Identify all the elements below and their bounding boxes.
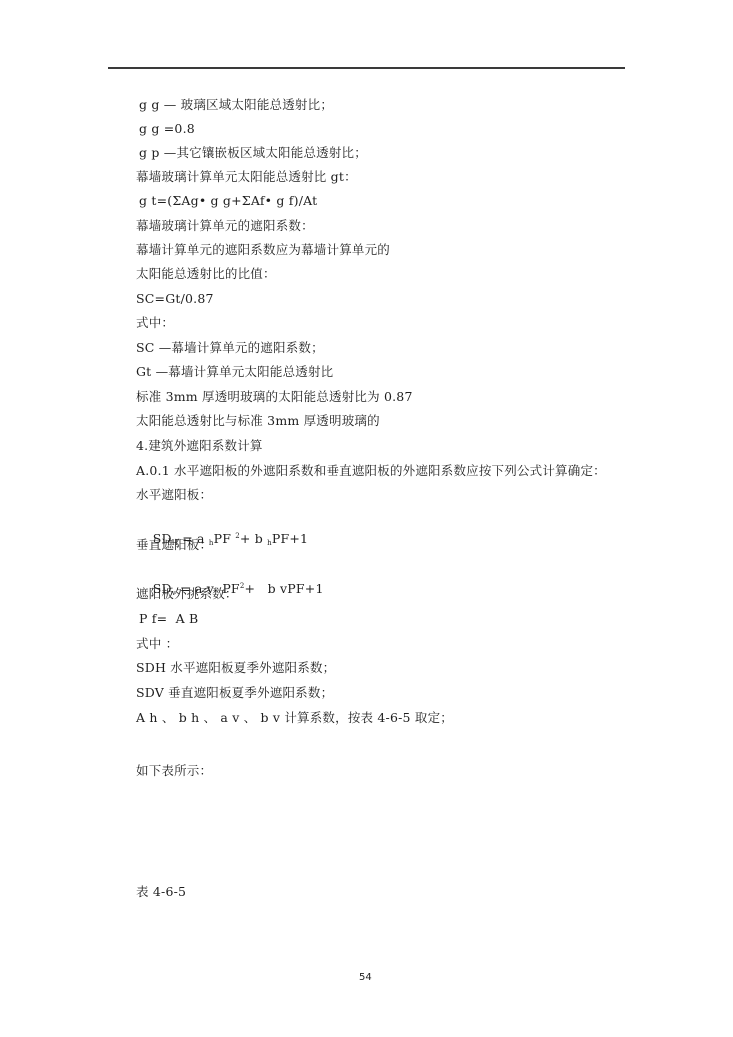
document-page: g g — 玻璃区域太阳能总透射比；g g =0.8g p —其它镶嵌板区域太阳… — [0, 0, 733, 1037]
text-line: g g =0.8 — [139, 121, 195, 137]
header-rule — [108, 67, 625, 69]
formula-text: PF — [214, 531, 236, 546]
text-line: 幕墙计算单元的遮阳系数应为幕墙计算单元的 — [136, 242, 390, 258]
text-line: 如下表所示： — [136, 763, 212, 779]
text-line: 4.建筑外遮阳系数计算 — [136, 438, 263, 454]
text-line: 幕墙玻璃计算单元太阳能总透射比 gt： — [136, 169, 357, 185]
text-line: g p —其它镶嵌板区域太阳能总透射比； — [139, 145, 367, 161]
text-line: SDV 垂直遮阳板夏季外遮阳系数； — [136, 685, 333, 701]
text-line: Gt —幕墙计算单元太阳能总透射比 — [136, 364, 333, 380]
text-line: 水平遮阳板： — [136, 487, 212, 503]
formula-text: + b vPF+1 — [244, 581, 323, 596]
text-line: 式中： — [136, 315, 174, 331]
text-line: g t=(ΣAg• g g+ΣAf• g f)/At — [139, 193, 317, 209]
formula-horizontal-shading: SDH = a hPF 2+ b hPF+1 — [136, 512, 308, 567]
text-line: g g — 玻璃区域太阳能总透射比； — [139, 97, 333, 113]
page-number: 54 — [359, 972, 372, 983]
text-line: 幕墙玻璃计算单元的遮阳系数： — [136, 218, 314, 234]
formula-text: PF+1 — [272, 531, 308, 546]
text-line: SC=Gt/0.87 — [136, 291, 214, 307]
text-line: 表 4-6-5 — [136, 884, 186, 900]
text-line: A h 、 b h 、 a v 、 b v 计算系数，按表 4-6-5 取定； — [136, 710, 453, 726]
formula-text: + b — [240, 531, 267, 546]
formula-vertical-shading: SDv = a v PF2+ b vPF+1 — [136, 562, 324, 617]
text-line: SC —幕墙计算单元的遮阳系数； — [136, 340, 324, 356]
text-line: 标准 3mm 厚透明玻璃的太阳能总透射比为 0.87 — [136, 389, 413, 405]
text-line: 式中 ： — [136, 636, 178, 652]
text-line: 太阳能总透射比的比值： — [136, 266, 276, 282]
formula-text: = a v PF — [176, 581, 240, 596]
text-line: 太阳能总透射比与标准 3mm 厚透明玻璃的 — [136, 413, 380, 429]
text-line: SDH 水平遮阳板夏季外遮阳系数； — [136, 660, 335, 676]
formula-text: SD — [153, 531, 172, 546]
formula-text: = a — [178, 531, 209, 546]
text-line: A.0.1 水平遮阳板的外遮阳系数和垂直遮阳板的外遮阳系数应按下列公式计算确定： — [136, 463, 606, 479]
formula-text: SD — [153, 581, 172, 596]
